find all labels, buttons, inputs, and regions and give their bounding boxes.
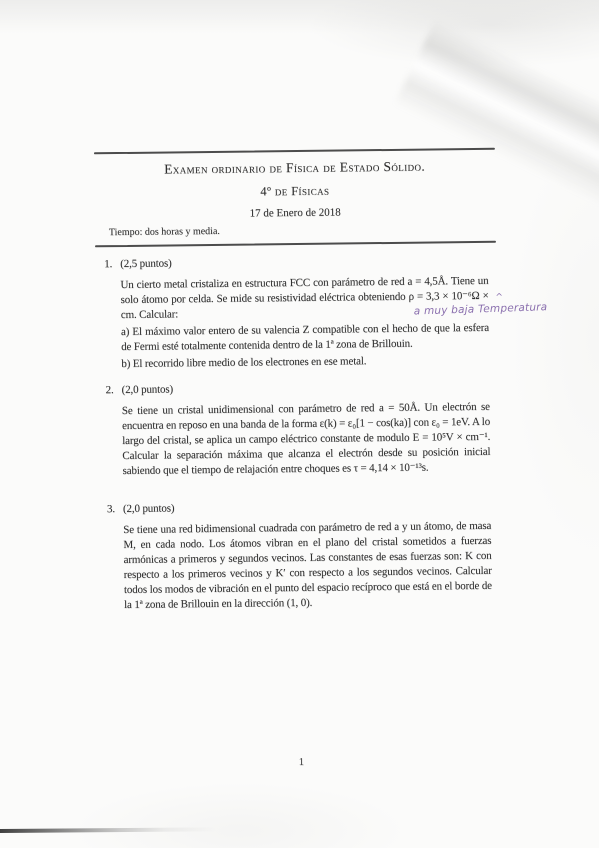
problem-2-number: 2.	[106, 383, 114, 398]
problem-2-body: Se tiene un cristal unidimensional con p…	[122, 400, 491, 479]
problem-2-points: (2,0 puntos)	[122, 379, 490, 398]
problem-2: 2. (2,0 puntos) Se tiene un cristal unid…	[122, 379, 491, 479]
header-bottom-rule	[95, 241, 496, 248]
page-content: Examen ordinario de Física de Estado Sól…	[0, 0, 599, 848]
page-number: 1	[101, 755, 502, 771]
header-top-rule	[94, 148, 495, 155]
exam-date: 17 de Enero de 2018	[95, 205, 496, 222]
problem-1-item-b: b) El recorrido libre medio de los elect…	[121, 353, 489, 372]
exam-title: Examen ordinario de Física de Estado Sól…	[94, 158, 495, 179]
problem-3: 3. (2,0 puntos) Se tiene una red bidimen…	[123, 498, 492, 613]
problem-1-points: (2,5 puntos)	[120, 253, 488, 272]
problem-1-number: 1.	[104, 257, 112, 272]
exam-time-note: Tiempo: dos horas y media.	[109, 226, 220, 238]
problem-3-points: (2,0 puntos)	[123, 498, 491, 517]
problem-1-item-a: a) El máximo valor entero de su valencia…	[121, 321, 489, 355]
scanned-exam-page: Examen ordinario de Física de Estado Sól…	[0, 0, 599, 848]
exam-course: 4º de Físicas	[94, 182, 495, 202]
handwritten-annotation-text: a muy baja Temperatura	[414, 301, 548, 317]
handwritten-annotation: ^ a muy baja Temperatura	[411, 292, 587, 324]
problem-3-number: 3.	[107, 502, 115, 517]
insertion-caret-mark: ^	[495, 293, 503, 303]
problem-3-body: Se tiene una red bidimensional cuadrada …	[123, 519, 492, 613]
